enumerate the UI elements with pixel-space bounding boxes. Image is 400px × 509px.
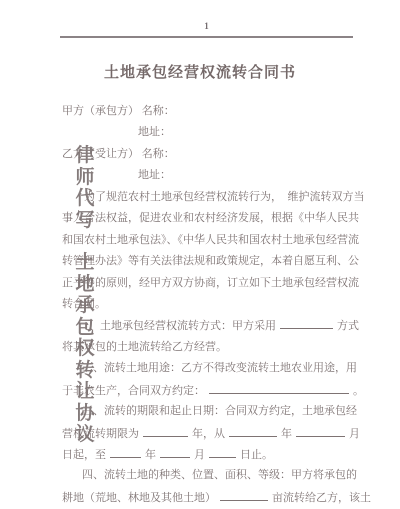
page-number: 1 bbox=[60, 21, 353, 31]
text-segment: 地址： bbox=[138, 169, 171, 181]
text-segment: 事人合法权益，促进农业和农村经济发展，根据《中华人民共 bbox=[62, 212, 359, 224]
header-rule bbox=[60, 36, 353, 38]
text-segment: 正平等的原则，经甲方双方协商，订立如下土地承包经营权流 bbox=[62, 277, 359, 289]
text-segment: 年 bbox=[281, 428, 292, 440]
text-line: 地址： bbox=[62, 122, 362, 143]
text-line: 转管理办法》等有关法律法规和政策规定，本着自愿互利、公 bbox=[62, 251, 362, 272]
text-segment: 耕地（荒地、林地及其他土地） bbox=[62, 492, 216, 504]
text-segment: 月 bbox=[194, 449, 205, 461]
text-line: 转合同。 bbox=[62, 294, 362, 315]
text-segment: 为了规范农村土地承包经营权流转行为， 维护流转双方当 bbox=[84, 191, 365, 203]
text-segment: 地址： bbox=[138, 126, 171, 138]
text-segment: 日止。 bbox=[240, 449, 273, 461]
blank-underline-field bbox=[143, 423, 188, 437]
document-title: 土地承包经营权流转合同书 bbox=[0, 61, 400, 82]
blank-underline-field bbox=[209, 444, 236, 458]
text-line: 三、流转的期限和起止日期：合同双方约定，土地承包经 bbox=[62, 401, 362, 422]
text-line: 为了规范农村土地承包经营权流转行为， 维护流转双方当 bbox=[62, 187, 362, 208]
text-line: 地址： bbox=[62, 165, 362, 186]
blank-underline-field bbox=[229, 423, 277, 437]
text-segment: 亩流转给乙方，该土 bbox=[272, 492, 371, 504]
text-line: 四、流转土地的种类、位置、面积、等级：甲方将承包的 bbox=[62, 465, 362, 486]
document-page: 1 土地承包经营权流转合同书 律师代写 土地承包权转让协议 甲方（承包方） 名称… bbox=[0, 0, 400, 509]
text-segment: 将其承包的土地流转给乙方经营。 bbox=[62, 341, 227, 353]
text-line: 一、土地承包经营权流转方式：甲方采用方式 bbox=[62, 315, 362, 336]
text-segment: 于非农生产，合同双方约定： bbox=[62, 385, 205, 397]
text-line: 二、流转土地用途：乙方不得改变流转土地农业用途，用 bbox=[62, 358, 362, 379]
blank-underline-field bbox=[220, 487, 268, 501]
text-segment: 一、土地承包经营权流转方式：甲方采用 bbox=[78, 320, 276, 332]
blank-underline-field bbox=[296, 423, 345, 437]
text-segment: 日起，至 bbox=[62, 449, 106, 461]
document-body: 甲方（承包方） 名称：地址：乙方（受让方） 名称：地址：为了规范农村土地承包经营… bbox=[62, 101, 362, 508]
text-line: 甲方（承包方） 名称： bbox=[62, 101, 362, 122]
text-segment: 转合同。 bbox=[62, 298, 106, 310]
blank-underline-field bbox=[280, 315, 333, 329]
text-segment: 月 bbox=[349, 428, 360, 440]
blank-underline-field bbox=[110, 444, 141, 458]
text-line: 将其承包的土地流转给乙方经营。 bbox=[62, 337, 362, 358]
text-line: 正平等的原则，经甲方双方协商，订立如下土地承包经营权流 bbox=[62, 273, 362, 294]
blank-underline-field bbox=[209, 380, 349, 394]
text-line: 日起，至年月日止。 bbox=[62, 444, 362, 465]
text-line: 耕地（荒地、林地及其他土地）亩流转给乙方，该土 bbox=[62, 487, 362, 508]
text-segment: 四、流转土地的种类、位置、面积、等级：甲方将承包的 bbox=[82, 469, 357, 481]
text-segment: 年，从 bbox=[192, 428, 225, 440]
text-segment: 甲方（承包方） 名称： bbox=[62, 105, 175, 117]
text-segment: 二、流转土地用途：乙方不得改变流转土地农业用途，用 bbox=[82, 362, 357, 374]
text-line: 事人合法权益，促进农业和农村经济发展，根据《中华人民共 bbox=[62, 208, 362, 229]
text-line: 于非农生产，合同双方约定：。 bbox=[62, 380, 362, 401]
text-segment: 方式 bbox=[337, 320, 359, 332]
text-segment: 营权流转期限为 bbox=[62, 428, 139, 440]
text-segment: 乙方（受让方） 名称： bbox=[62, 148, 175, 160]
text-line: 和国农村土地承包法》、《中华人民共和国农村土地承包经营流 bbox=[62, 230, 362, 251]
text-segment: 和国农村土地承包法》、《中华人民共和国农村土地承包经营流 bbox=[62, 234, 359, 246]
text-segment: 。 bbox=[353, 385, 364, 397]
text-line: 营权流转期限为年，从年月 bbox=[62, 423, 362, 444]
text-segment: 转管理办法》等有关法律法规和政策规定，本着自愿互利、公 bbox=[62, 255, 359, 267]
text-segment: 年 bbox=[145, 449, 156, 461]
text-line: 乙方（受让方） 名称： bbox=[62, 144, 362, 165]
blank-underline-field bbox=[160, 444, 190, 458]
text-segment: 三、流转的期限和起止日期：合同双方约定，土地承包经 bbox=[82, 405, 357, 417]
